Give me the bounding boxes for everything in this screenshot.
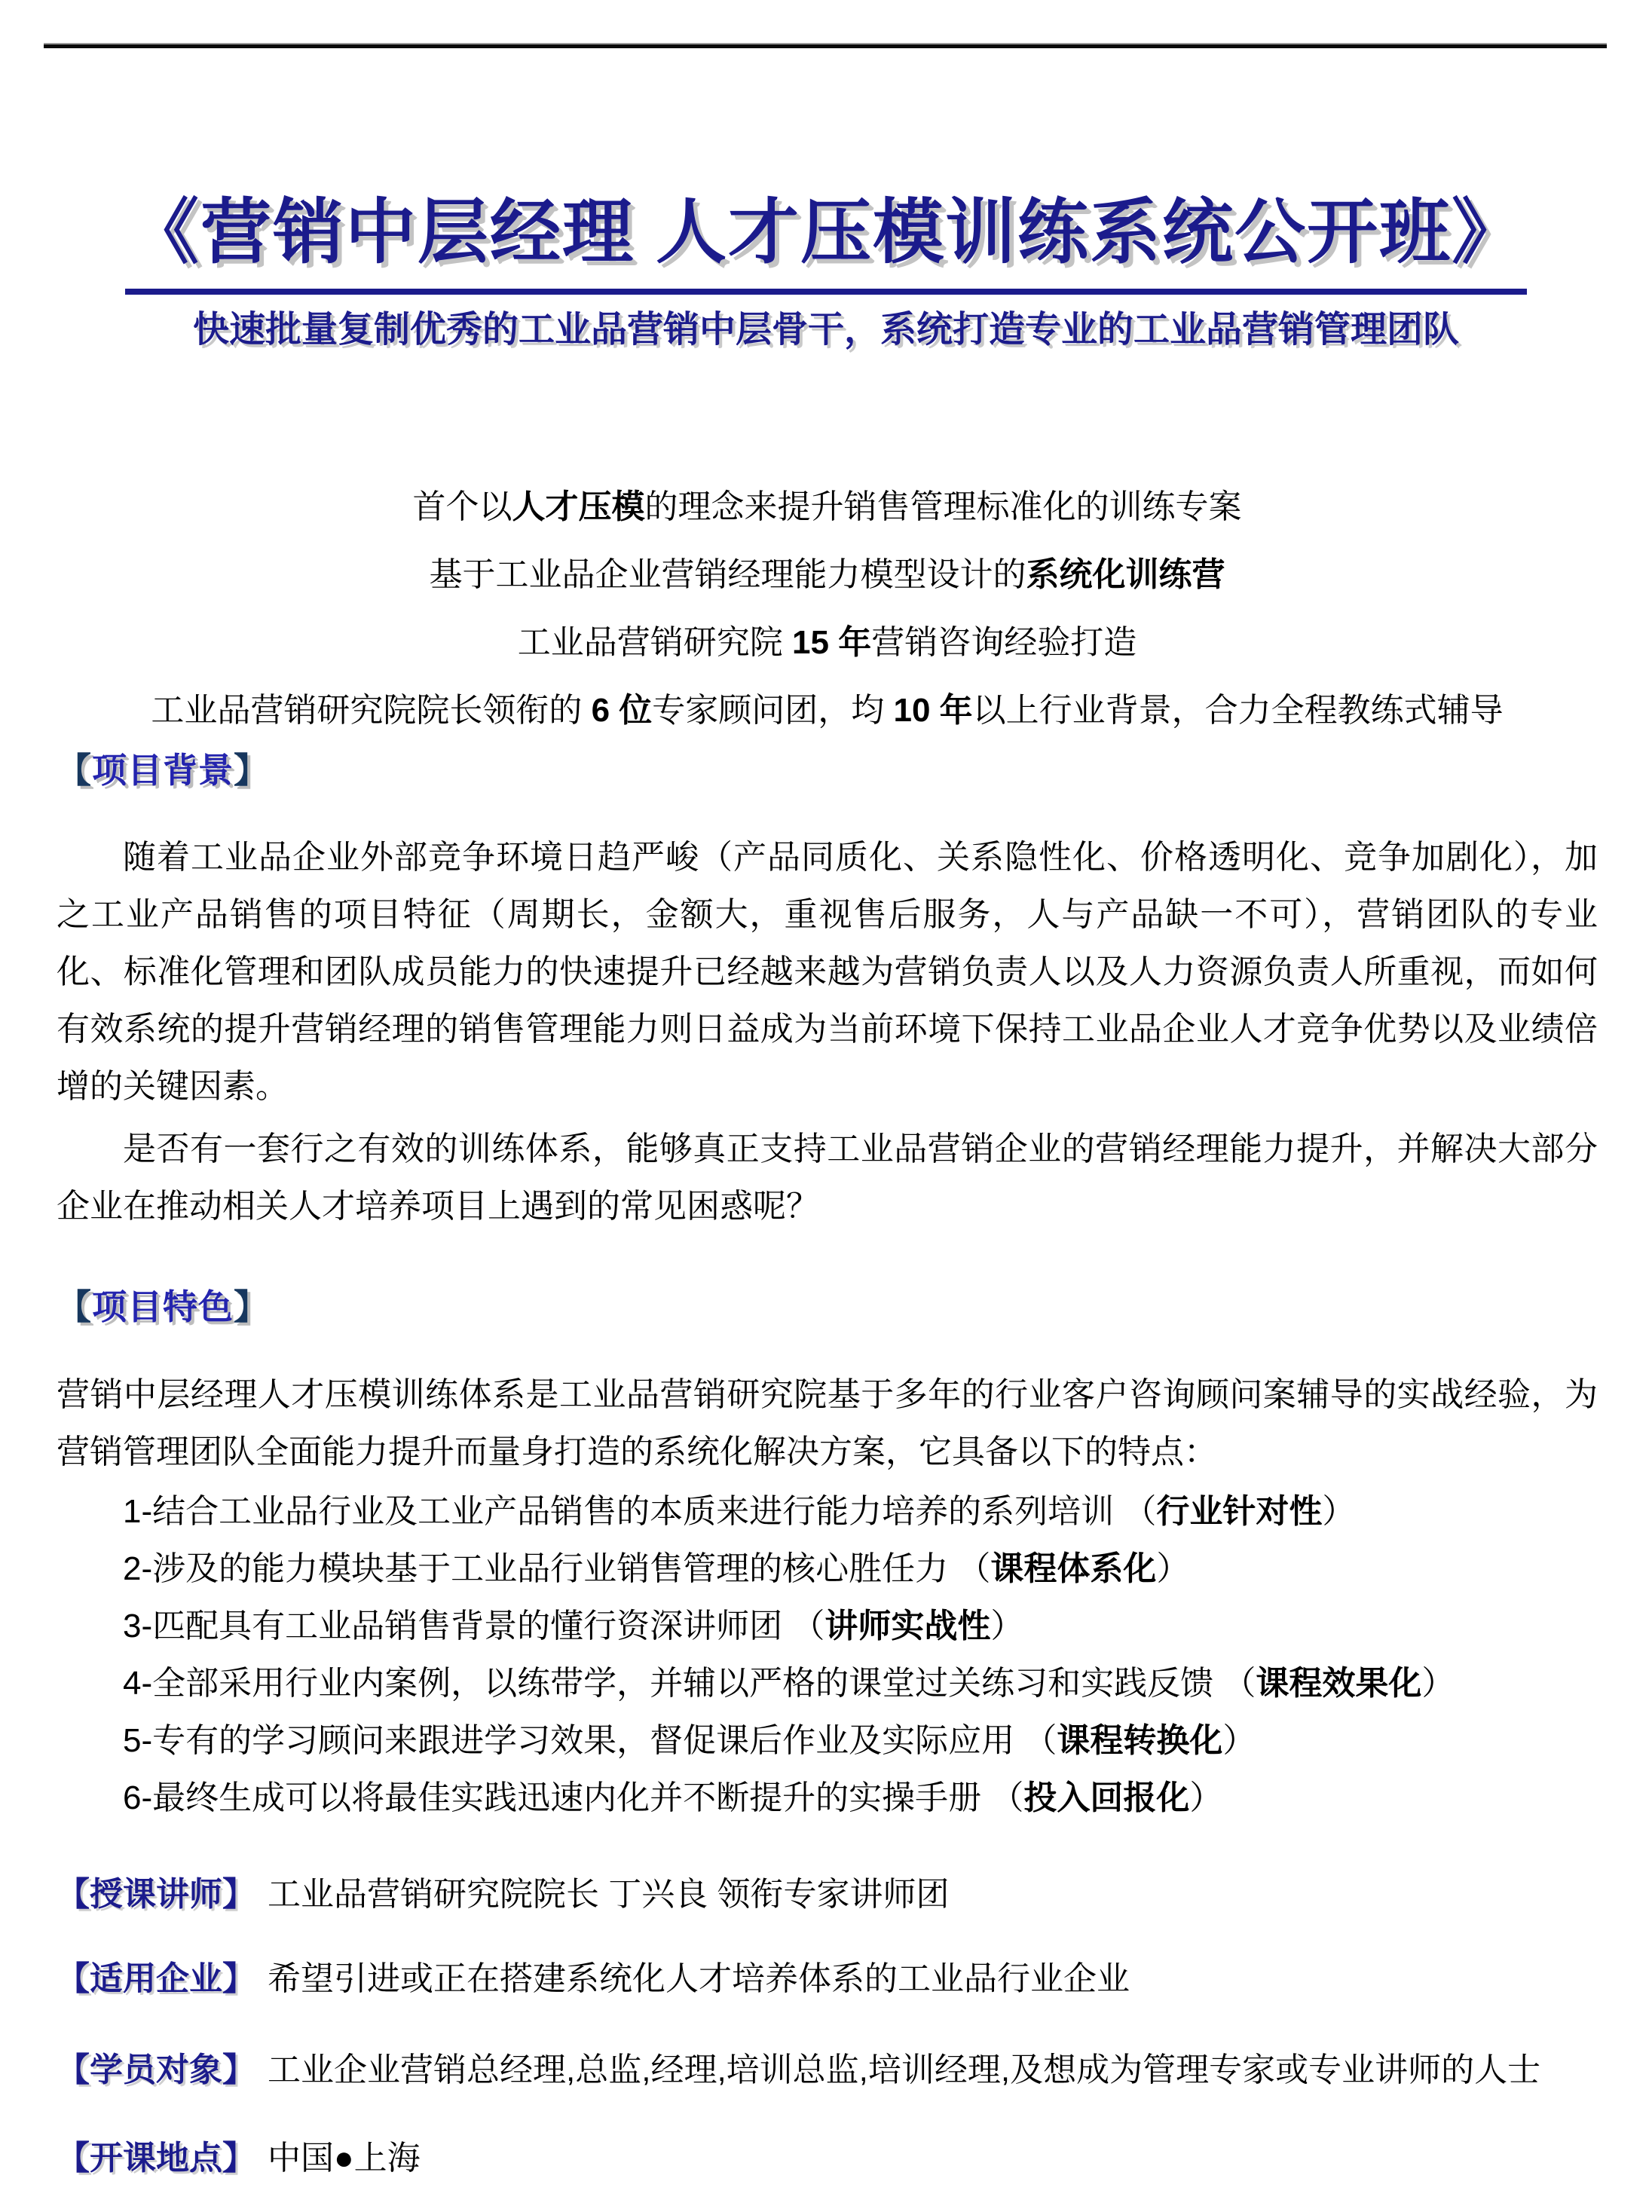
info-row-location: 【开课地点】中国●上海 bbox=[57, 2136, 1598, 2181]
info-label: 【开课地点】 bbox=[57, 2140, 255, 2177]
section-header-features: 【项目特色】 bbox=[57, 1280, 269, 1329]
bracket-close: 】 bbox=[234, 751, 269, 790]
intro-line-4: 工业品营销研究院院长领衔的 6 位专家顾问团，均 10 年以上行业背景，合力全程… bbox=[57, 677, 1598, 745]
paragraph-features-intro: 营销中层经理人才压模训练体系是工业品营销研究院基于多年的行业客户咨询顾问案辅导的… bbox=[57, 1366, 1598, 1481]
info-label: 【适用企业】 bbox=[57, 1960, 255, 1997]
info-label: 【学员对象】 bbox=[57, 2051, 255, 2088]
intro-line-3: 工业品营销研究院 15 年营销咨询经验打造 bbox=[57, 609, 1598, 677]
section-header-background: 【项目背景】 bbox=[57, 743, 269, 793]
title-block: 《营销中层经理 人才压模训练系统公开班》 bbox=[0, 175, 1652, 295]
bracket-close: 】 bbox=[234, 1287, 269, 1326]
section-header-label: 项目特色 bbox=[92, 1287, 234, 1326]
info-label: 【授课讲师】 bbox=[57, 1876, 255, 1913]
intro-lines: 首个以人才压模的理念来提升销售管理标准化的训练专案 基于工业品企业营销经理能力模… bbox=[57, 473, 1598, 745]
info-row-audience: 【学员对象】工业企业营销总经理,总监,经理,培训总监,培训经理,及想成为管理专家… bbox=[57, 2048, 1598, 2093]
info-value: 希望引进或正在搭建系统化人才培养体系的工业品行业企业 bbox=[268, 1960, 1130, 1997]
info-value: 工业品营销研究院院长 丁兴良 领衔专家讲师团 bbox=[268, 1876, 949, 1913]
intro-line-2: 基于工业品企业营销经理能力模型设计的系统化训练营 bbox=[57, 541, 1598, 609]
document-page: 《营销中层经理 人才压模训练系统公开班》 快速批量复制优秀的工业品营销中层骨干，… bbox=[0, 0, 1652, 2212]
info-value: 中国●上海 bbox=[268, 2140, 421, 2177]
top-horizontal-rule bbox=[44, 43, 1607, 48]
info-row-companies: 【适用企业】希望引进或正在搭建系统化人才培养体系的工业品行业企业 bbox=[57, 1957, 1598, 2002]
course-subtitle: 快速批量复制优秀的工业品营销中层骨干，系统打造专业的工业品营销管理团队 bbox=[0, 300, 1652, 352]
section-header-label: 项目背景 bbox=[92, 751, 234, 790]
paragraph-background-2: 是否有一套行之有效的训练体系，能够真正支持工业品营销企业的营销经理能力提升，并解… bbox=[57, 1121, 1598, 1235]
course-title: 《营销中层经理 人才压模训练系统公开班》 bbox=[125, 175, 1527, 295]
bracket-open: 【 bbox=[57, 1287, 92, 1326]
info-value: 工业企业营销总经理,总监,经理,培训总监,培训经理,及想成为管理专家或专业讲师的… bbox=[268, 2051, 1540, 2088]
intro-line-1: 首个以人才压模的理念来提升销售管理标准化的训练专案 bbox=[57, 473, 1598, 541]
feature-item-2: 2-涉及的能力模块基于工业品行业销售管理的核心胜任力 （课程体系化） bbox=[57, 1540, 1598, 1598]
feature-item-3: 3-匹配具有工业品销售背景的懂行资深讲师团 （讲师实战性） bbox=[57, 1598, 1598, 1655]
feature-item-1: 1-结合工业品行业及工业产品销售的本质来进行能力培养的系列培训 （行业针对性） bbox=[57, 1483, 1598, 1540]
feature-item-5: 5-专有的学习顾问来跟进学习效果，督促课后作业及实际应用 （课程转换化） bbox=[57, 1712, 1598, 1770]
feature-item-6: 6-最终生成可以将最佳实践迅速内化并不断提升的实操手册 （投入回报化） bbox=[57, 1770, 1598, 1827]
info-row-lecturer: 【授课讲师】工业品营销研究院院长 丁兴良 领衔专家讲师团 bbox=[57, 1872, 1598, 1917]
bracket-open: 【 bbox=[57, 751, 92, 790]
feature-list: 1-结合工业品行业及工业产品销售的本质来进行能力培养的系列培训 （行业针对性） … bbox=[57, 1483, 1598, 1827]
feature-item-4: 4-全部采用行业内案例，以练带学，并辅以严格的课堂过关练习和实践反馈 （课程效果… bbox=[57, 1655, 1598, 1712]
paragraph-background-1: 随着工业品企业外部竞争环境日趋严峻（产品同质化、关系隐性化、价格透明化、竞争加剧… bbox=[57, 829, 1598, 1115]
